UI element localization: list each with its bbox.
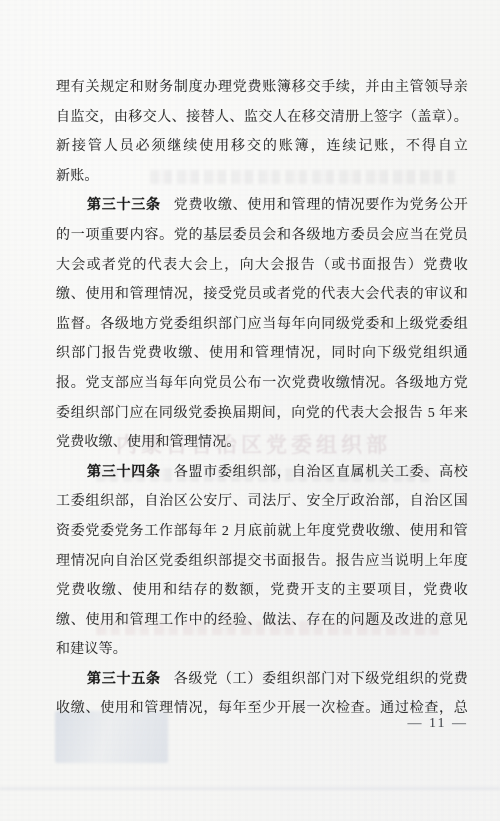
text-line: 和建议等。 (56, 635, 468, 665)
article-number: 第三十四条 (87, 465, 161, 480)
text-line: 资委党委党务工作部每年 2 月底前就上年度党费收缴、使用和管 (56, 517, 468, 547)
article-text: 各盟市委组织部，自治区直属机关工委、高校 (174, 465, 468, 480)
text-line: 缴、使用和管理工作中的经验、做法、存在的问题及改进的意见 (56, 606, 468, 636)
text-line: 委组织部门应在同级党委换届期间，向党的代表大会报告 5 年来 (56, 399, 468, 429)
text-line: 监督。各级地方党委组织部门应当每年向同级党委和上级党委组 (56, 310, 468, 340)
text-line: 织部门报告党费收缴、使用和管理情况，同时向下级党组织通 (56, 339, 468, 369)
article-number: 第三十五条 (87, 672, 161, 687)
text-line: 第三十三条党费收缴、使用和管理的情况要作为党务公开 (56, 191, 468, 221)
paragraph: 第三十五条各级党（工）委组织部门对下级党组织的党费收缴、使用和管理情况，每年至少… (56, 665, 468, 724)
text-line: 新账。 (56, 162, 468, 192)
page-number: — 11 — (408, 714, 468, 734)
text-line: 理有关规定和财务制度办理党费账簿移交手续，并由主管领导亲 (56, 73, 468, 103)
text-line: 缴、使用和管理情况，接受党员或者党的代表大会代表的审议和 (56, 280, 468, 310)
paragraph: 理有关规定和财务制度办理党费账簿移交手续，并由主管领导亲自监交，由移交人、接替人… (56, 73, 468, 191)
text-line: 第三十五条各级党（工）委组织部门对下级党组织的党费 (56, 665, 468, 695)
document-text-block: 理有关规定和财务制度办理党费账簿移交手续，并由主管领导亲自监交，由移交人、接替人… (56, 73, 468, 724)
scan-streak (0, 787, 500, 790)
text-line: 的一项重要内容。党的基层委员会和各级地方委员会应当在党员 (56, 221, 468, 251)
paragraph: 第三十三条党费收缴、使用和管理的情况要作为党务公开的一项重要内容。党的基层委员会… (56, 191, 468, 457)
text-line: 报。党支部应当每年向党员公布一次党费收缴情况。各级地方党 (56, 369, 468, 399)
text-line: 新接管人员必须继续使用移交的账簿，连续记账，不得自立 (56, 132, 468, 162)
article-text: 党费收缴、使用和管理的情况要作为党务公开 (174, 198, 468, 213)
scanned-document-page: 内蒙古自治区党委组织部 理有关规定和财务制度办理党费账簿移交手续，并由主管领导亲… (0, 0, 500, 821)
text-line: 大会或者党的代表大会上，向大会报告（或书面报告）党费收 (56, 251, 468, 281)
text-line: 收缴、使用和管理情况，每年至少开展一次检查。通过检查，总 (56, 694, 468, 724)
text-line: 理情况向自治区党委组织部提交书面报告。报告应当说明上年度 (56, 547, 468, 577)
paragraph: 第三十四条各盟市委组织部，自治区直属机关工委、高校工委组织部，自治区公安厅、司法… (56, 458, 468, 665)
text-line: 党费收缴、使用和结存的数额，党费开支的主要项目，党费收 (56, 576, 468, 606)
text-line: 自监交，由移交人、接替人、监交人在移交清册上签字（盖章）。 (56, 103, 468, 133)
text-line: 党费收缴、使用和管理情况。 (56, 428, 468, 458)
text-line: 第三十四条各盟市委组织部，自治区直属机关工委、高校 (56, 458, 468, 488)
text-line: 工委组织部，自治区公安厅、司法厅、安全厅政治部，自治区国 (56, 487, 468, 517)
article-number: 第三十三条 (87, 198, 161, 213)
article-text: 各级党（工）委组织部门对下级党组织的党费 (174, 672, 468, 687)
